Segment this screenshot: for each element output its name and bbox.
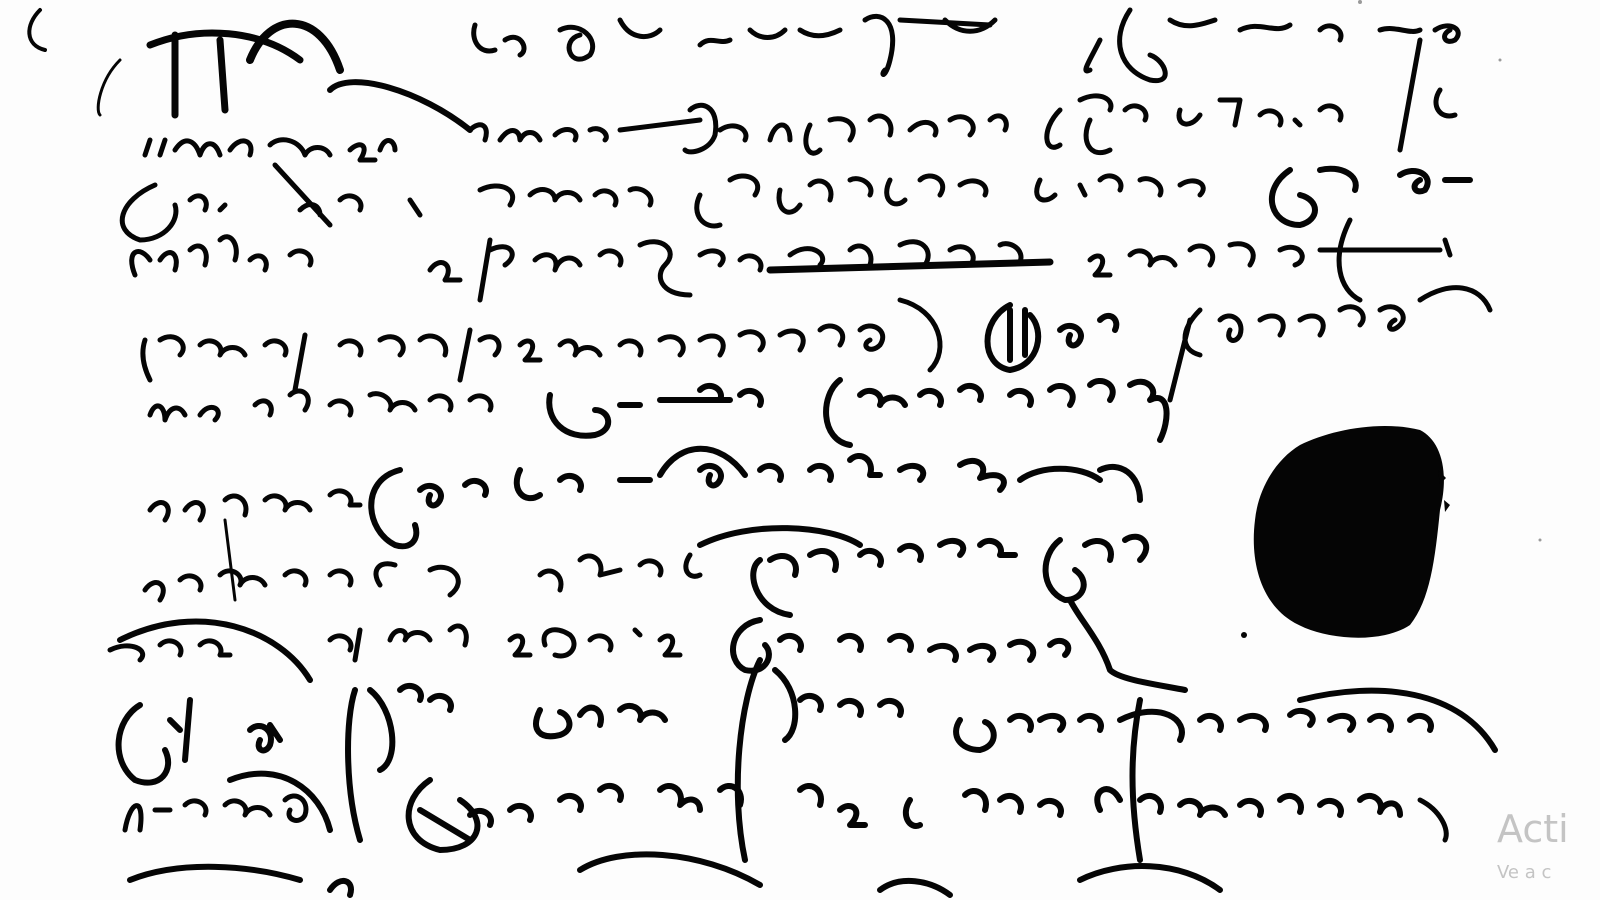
- manuscript-handwriting: [0, 0, 1600, 900]
- manuscript-scan: [0, 0, 1600, 900]
